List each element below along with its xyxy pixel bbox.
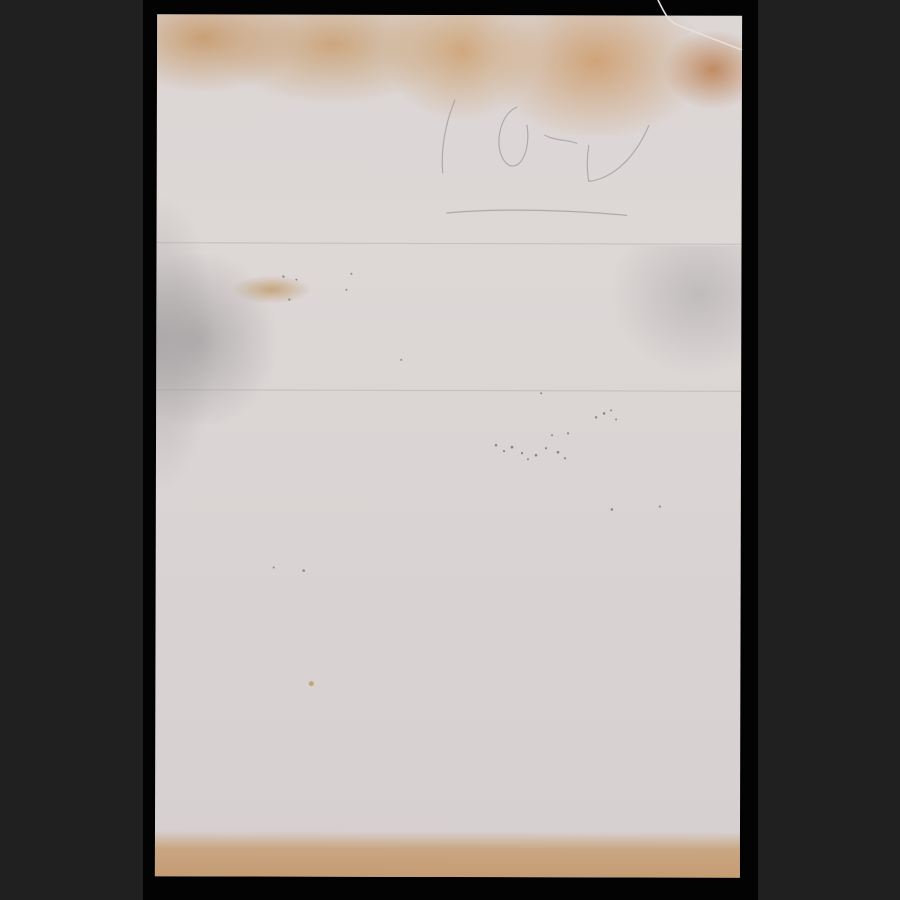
paper-sheet: [155, 14, 742, 878]
yellow-speck: [309, 681, 314, 686]
curled-corner-tear: [650, 0, 760, 50]
ink-specks: [155, 14, 742, 878]
